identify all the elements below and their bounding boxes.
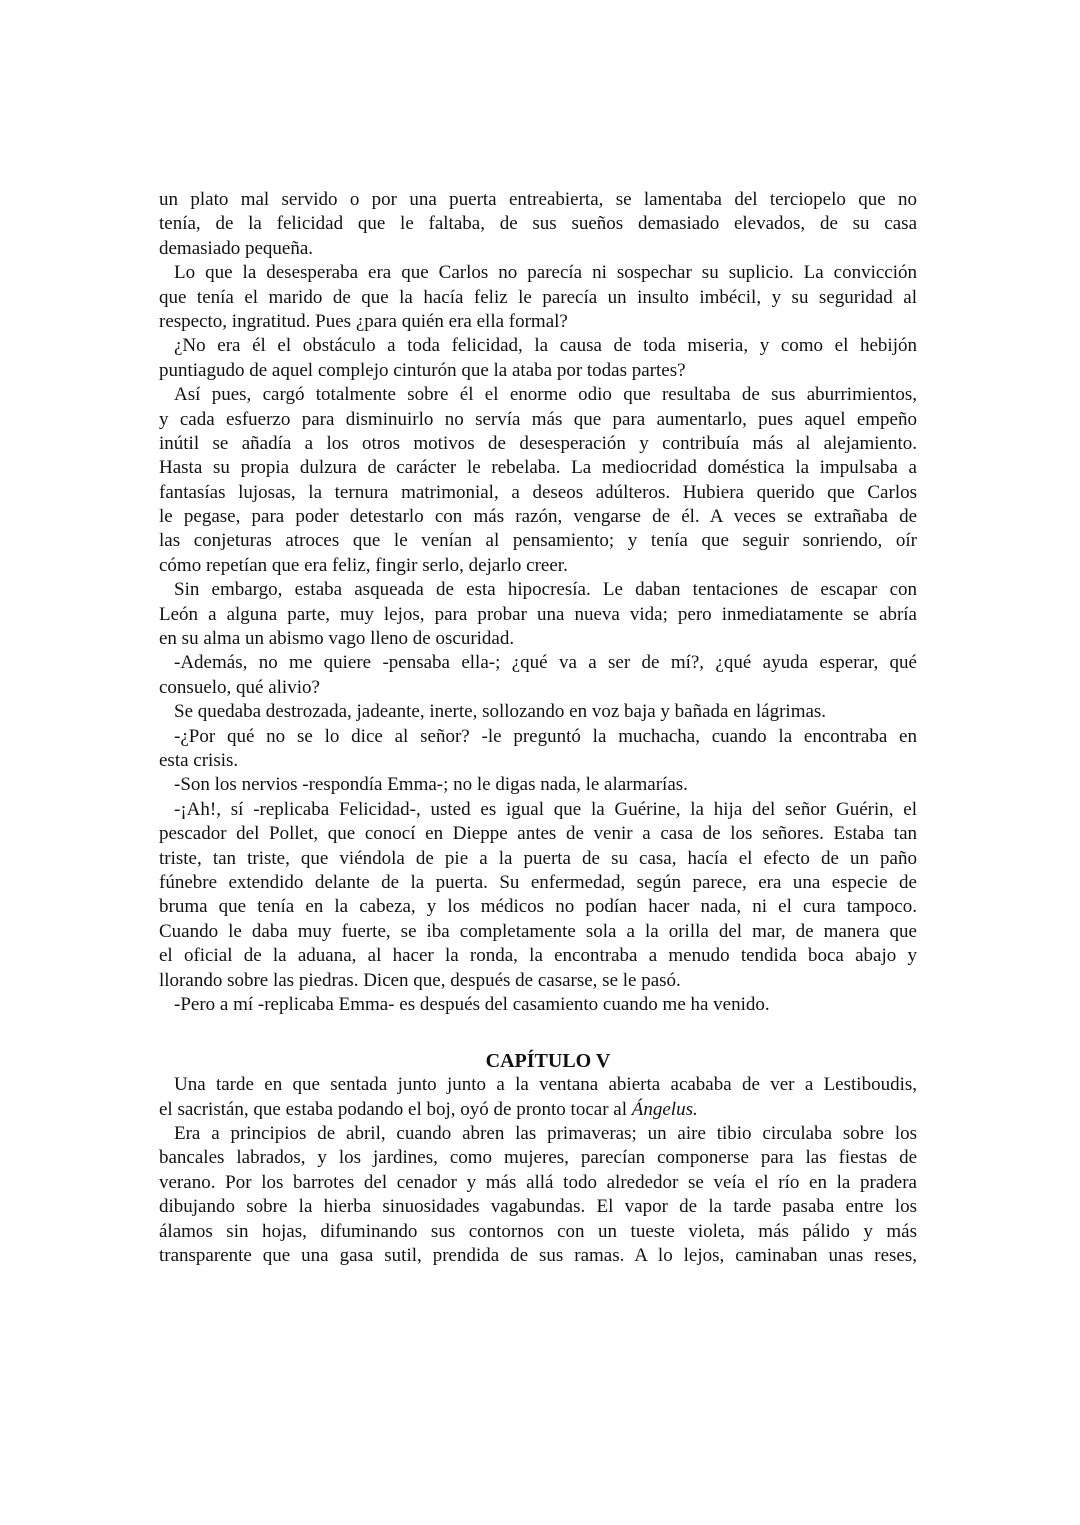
text-line: León a alguna parte, muy lejos, para pro… [159,603,917,627]
paragraph: -Además, no me quiere -pensaba ella-; ¿q… [159,651,917,700]
text-line: Cuando le daba muy fuerte, se iba comple… [159,920,917,944]
paragraph: un plato mal servido o por una puerta en… [159,188,917,261]
text-line: el oficial de la aduana, al hacer la ron… [159,944,917,968]
text-line: respecto, ingratitud. Pues ¿para quién e… [159,310,917,334]
text-line: Era a principios de abril, cuando abren … [159,1122,917,1146]
paragraph: -Son los nervios -respondía Emma-; no le… [159,773,917,797]
text-run: el sacristán, que estaba podando el boj,… [159,1099,632,1120]
text-line: puntiagudo de aquel complejo cinturón qu… [159,359,917,383]
italic-term-angelus: Ángelus. [632,1099,698,1120]
text-line: dibujando sobre la hierba sinuosidades v… [159,1195,917,1219]
paragraph: -¿Por qué no se lo dice al señor? -le pr… [159,725,917,774]
text-line: -Pero a mí -replicaba Emma- es después d… [159,993,917,1017]
paragraph: Era a principios de abril, cuando abren … [159,1122,917,1268]
text-block-before-chapter: un plato mal servido o por una puerta en… [159,188,917,1017]
chapter-spacing [159,1017,917,1049]
text-line: Una tarde en que sentada junto junto a l… [159,1073,917,1097]
text-line: Se quedaba destrozada, jadeante, inerte,… [159,700,917,724]
text-line: tenía, de la felicidad que le faltaba, d… [159,212,917,236]
text-line: y cada esfuerzo para disminuirlo no serv… [159,408,917,432]
text-line: triste, tan triste, que viéndola de pie … [159,847,917,871]
text-line: álamos sin hojas, difuminando sus contor… [159,1220,917,1244]
chapter-body: Una tarde en que sentada junto junto a l… [159,1073,917,1268]
paragraph: Lo que la desesperaba era que Carlos no … [159,261,917,334]
text-line: verano. Por los barrotes del cenador y m… [159,1171,917,1195]
text-line: Así pues, cargó totalmente sobre él el e… [159,383,917,407]
paragraph: -¡Ah!, sí -replicaba Felicidad-, usted e… [159,798,917,993]
paragraph: ¿No era él el obstáculo a toda felicidad… [159,334,917,383]
text-line: -Además, no me quiere -pensaba ella-; ¿q… [159,651,917,675]
paragraph: Sin embargo, estaba asqueada de esta hip… [159,578,917,651]
text-line: Lo que la desesperaba era que Carlos no … [159,261,917,285]
text-line: pescador del Pollet, que conocí en Diepp… [159,822,917,846]
text-line: demasiado pequeña. [159,237,917,261]
text-line: fantasías lujosas, la ternura matrimonia… [159,481,917,505]
text-line: llorando sobre las piedras. Dicen que, d… [159,969,917,993]
text-line: un plato mal servido o por una puerta en… [159,188,917,212]
document-page: un plato mal servido o por una puerta en… [159,188,917,1268]
paragraph: -Pero a mí -replicaba Emma- es después d… [159,993,917,1017]
text-line: bruma que tenía en la cabeza, y los médi… [159,895,917,919]
text-line: esta crisis. [159,749,917,773]
text-line: fúnebre extendido delante de la puerta. … [159,871,917,895]
text-line: Hasta su propia dulzura de carácter le r… [159,456,917,480]
text-line: -¿Por qué no se lo dice al señor? -le pr… [159,725,917,749]
text-line: Sin embargo, estaba asqueada de esta hip… [159,578,917,602]
text-line: en su alma un abismo vago lleno de oscur… [159,627,917,651]
text-line: cómo repetían que era feliz, fingir serl… [159,554,917,578]
text-line: consuelo, qué alivio? [159,676,917,700]
text-line: inútil se añadía a los otros motivos de … [159,432,917,456]
paragraph: Así pues, cargó totalmente sobre él el e… [159,383,917,578]
paragraph: Una tarde en que sentada junto junto a l… [159,1073,917,1122]
text-line: bancales labrados, y los jardines, como … [159,1146,917,1170]
text-line: las conjeturas atroces que le venían al … [159,529,917,553]
text-line: ¿No era él el obstáculo a toda felicidad… [159,334,917,358]
text-line: le pegase, para poder detestarlo con más… [159,505,917,529]
paragraph: Se quedaba destrozada, jadeante, inerte,… [159,700,917,724]
text-line: transparente que una gasa sutil, prendid… [159,1244,917,1268]
text-line: -Son los nervios -respondía Emma-; no le… [159,773,917,797]
chapter-heading: CAPÍTULO V [159,1049,917,1073]
text-line: que tenía el marido de que la hacía feli… [159,286,917,310]
text-line: el sacristán, que estaba podando el boj,… [159,1098,917,1122]
text-line: -¡Ah!, sí -replicaba Felicidad-, usted e… [159,798,917,822]
